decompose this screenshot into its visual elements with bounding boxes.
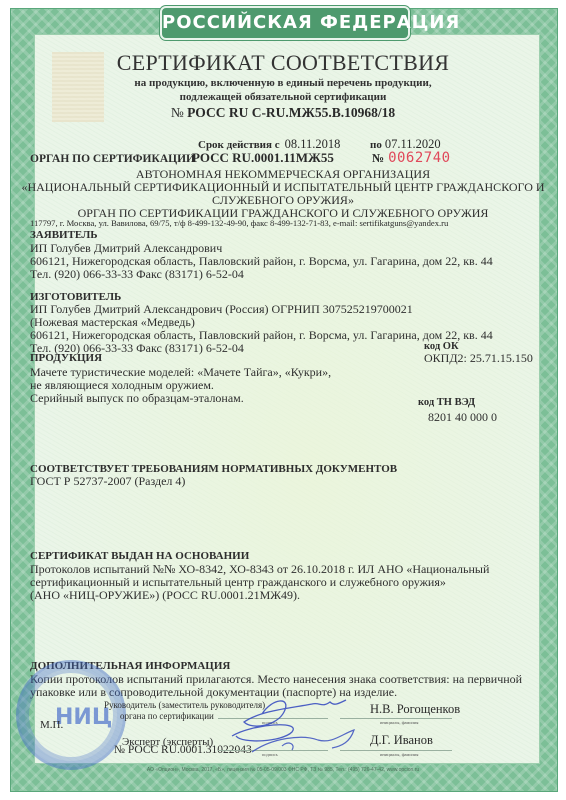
- head-signatory-name: Н.В. Рогощенков: [370, 702, 460, 717]
- expert-name-caption: инициалы, фамилия: [380, 752, 419, 757]
- country-banner: РОССИЙСКАЯ ФЕДЕРАЦИЯ: [160, 6, 410, 40]
- applicant-label: ЗАЯВИТЕЛЬ: [30, 229, 98, 241]
- certificate-number: № РОСС RU C-RU.МЖ55.В.10968/18: [0, 105, 566, 121]
- blank-number-sign: №: [372, 151, 384, 165]
- basis-label: СЕРТИФИКАТ ВЫДАН НА ОСНОВАНИИ: [30, 550, 249, 562]
- validity-from-date: 08.11.2018: [285, 137, 341, 151]
- ok-code-value: ОКПД2: 25.71.15.150: [424, 351, 533, 366]
- blank-number: № 0062740: [372, 149, 451, 167]
- stamp-place-label: М.П.: [40, 719, 63, 731]
- subtitle-line-1: на продукцию, включенную в единый перече…: [0, 77, 566, 89]
- applicant-phone: Тел. (920) 066-33-33 Факс (83171) 6-52-0…: [30, 267, 244, 282]
- head-signatory-label-2: органа по сертификации: [120, 711, 214, 721]
- tnved-code: 8201 40 000 0: [428, 410, 497, 425]
- expert-name: Д.Г. Иванов: [370, 733, 433, 748]
- product-line-3: Серийный выпуск по образцам-эталонам.: [30, 391, 244, 406]
- certification-body-label: ОРГАН ПО СЕРТИФИКАЦИИ: [30, 153, 195, 165]
- product-label: ПРОДУКЦИЯ: [30, 352, 102, 364]
- certificate-number-value: РОСС RU C-RU.МЖ55.В.10968/18: [187, 105, 395, 120]
- head-name-caption: инициалы, фамилия: [380, 720, 419, 725]
- org-contacts: 117797, г. Москва, ул. Вавилова, 69/75, …: [30, 218, 448, 228]
- certification-body-code: РОСС RU.0001.11МЖ55: [192, 150, 334, 166]
- organization-stamp: НИЦ: [16, 660, 126, 770]
- subtitle-line-2: подлежащей обязательной сертификации: [0, 91, 566, 103]
- basis-line-3: (АНО «НИЦ-ОРУЖИЕ») (РОСС RU.0001.21МЖ49)…: [30, 588, 300, 603]
- printer-info: АО «Опцион», Москва, 2017, «Б», лицензия…: [0, 767, 566, 773]
- conformity-standard: ГОСТ Р 52737-2007 (Раздел 4): [30, 474, 185, 489]
- signature-head: [222, 694, 372, 756]
- tnved-label: код ТН ВЭД: [418, 397, 475, 408]
- number-sign: №: [171, 105, 184, 120]
- blank-number-value: 0062740: [388, 150, 451, 166]
- document-title: СЕРТИФИКАТ СООТВЕТСТВИЯ: [0, 50, 566, 76]
